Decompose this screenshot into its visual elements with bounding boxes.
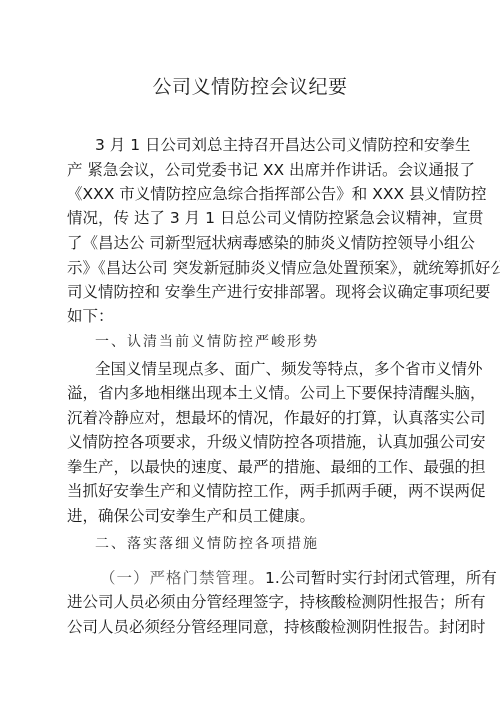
paragraph-line: 进，确保公司安拳生产和员工健康。: [67, 506, 439, 526]
paragraph-line: 《XXX 市义情防控应急综合指挥部公告》和 XXX 县义情防控: [67, 184, 439, 204]
paragraph-line: 了《昌达公 司新型冠状病毒感染的肺炎义情防控领导小组公: [67, 233, 439, 253]
subsection-label: （一）严格门禁管理。: [100, 569, 265, 587]
section-heading-1: 一、认清当前义情防控严峻形势: [95, 332, 319, 352]
document-title: 公司义情防控会议纪要: [0, 72, 500, 99]
paragraph-line: 3 月 1 日公司刘总主持召开昌达公司义情防控和安拳生: [95, 135, 439, 155]
paragraph-line: 如下：: [67, 306, 439, 326]
paragraph-line: 沉着冷静应对，想最坏的情况，作最好的打算，认真落实公司: [67, 408, 439, 428]
paragraph-line: 溢，省内多地相继出现本土义情。公司上下要保持清醒头脑，: [67, 383, 439, 403]
paragraph-line: 产 紧急会议，公司党委书记 XX 出席并作讲话。会议通报了: [67, 160, 439, 180]
paragraph-line: 情况，传 达了 3 月 1 日总公司义情防控紧急会议精神，宣贯: [67, 208, 439, 228]
document-page: 公司义情防控会议纪要 3 月 1 日公司刘总主持召开昌达公司义情防控和安拳生 产…: [0, 0, 500, 707]
paragraph-line: 拳生产，以最快的速度、最严的措施、最细的工作、最强的担: [67, 457, 439, 477]
paragraph-line: 公司人员必须经分管经理同意，持核酸检测阴性报告。封闭时: [67, 617, 439, 637]
subsection-text: 1.公司暂时实行封闭式管理，所有: [265, 569, 497, 587]
paragraph-line: 司义情防控和 安拳生产进行安排部署。现将会议确定事项纪要: [67, 282, 439, 302]
paragraph-line: 全国义情呈现点多、面广、频发等特点，多个省市义情外: [95, 359, 439, 379]
paragraph-line: 示》《昌达公司 突发新冠肺炎义情应急处置预案》，就统筹抓好公: [67, 258, 439, 278]
paragraph-line: 义情防控各项要求，升级义情防控各项措施，认真加强公司安: [67, 432, 439, 452]
section-heading-2: 二、落实落细义情防控各项措施: [95, 534, 319, 554]
paragraph-line: （一）严格门禁管理。1.公司暂时实行封闭式管理，所有: [100, 568, 439, 588]
paragraph-line: 进公司人员必须由分管经理签字，持核酸检测阴性报告；所有: [67, 592, 439, 612]
paragraph-line: 当抓好安拳生产和义情防控工作，两手抓两手硬，两不误两促: [67, 481, 439, 501]
